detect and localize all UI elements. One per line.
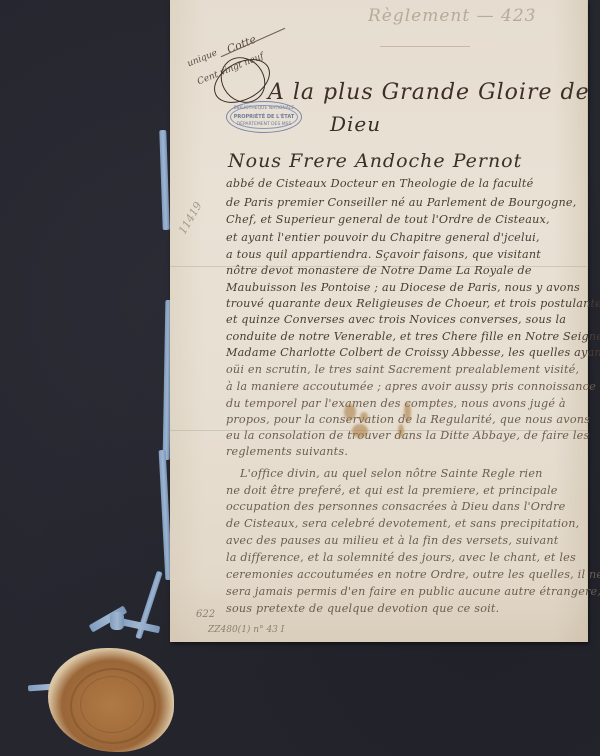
water-stain — [398, 424, 404, 438]
ribbon-bow-knot — [110, 612, 124, 630]
para2-line: sous pretexte de quelque devotion que ce… — [226, 602, 499, 615]
para1-line: eu la consolation de trouver dans la Dit… — [226, 429, 589, 442]
footer-note-1: 622 — [196, 609, 215, 620]
para1-line: reglements suivants. — [226, 445, 348, 458]
para2-line: la difference, et la solemnité des jours… — [226, 551, 576, 564]
para1-line: et ayant l'entier pouvoir du Chapitre ge… — [226, 231, 540, 244]
library-stamp: BIBLIOTHÈQUE NATIONALE PROPRIÉTÉ DE L'ÉT… — [226, 101, 302, 133]
opening-line: Nous Frere Andoche Pernot — [228, 150, 522, 172]
water-stain — [352, 424, 368, 438]
document-title-line-1: A la plus Grande Gloire de — [268, 80, 590, 105]
wax-seal-inner-ring — [80, 676, 144, 733]
para2-line: avec des pauses au milieu et à la fin de… — [226, 534, 558, 547]
footer-note-2: ZZ480(1) n° 43 I — [208, 625, 284, 635]
para2-line: de Cisteaux, sera celebré devotement, et… — [226, 517, 579, 530]
para2-line: sera jamais permis d'en faire en public … — [226, 585, 600, 598]
para2-line: L'office divin, au quel selon nôtre Sain… — [240, 467, 543, 480]
para1-line: du temporel par l'examen des comptes, no… — [226, 397, 566, 410]
para1-line: Madame Charlotte Colbert de Croissy Abbe… — [226, 346, 600, 359]
para1-line: conduite de notre Venerable, et tres Che… — [226, 330, 600, 343]
para1-line: oüi en scrutin, le tres saint Sacrement … — [226, 363, 579, 376]
para1-line: abbé de Cisteaux Docteur en Theologie de… — [226, 177, 533, 190]
water-stain — [404, 402, 411, 422]
document-title-line-2: Dieu — [330, 112, 381, 136]
para1-line: à la maniere accoutumée ; apres avoir au… — [226, 380, 596, 393]
pencil-header: Règlement — 423 — [368, 6, 536, 26]
water-stain — [360, 412, 368, 422]
stamp-border — [230, 105, 298, 129]
para1-line: nôtre devot monastere de Notre Dame La R… — [226, 264, 532, 277]
water-stain — [344, 404, 356, 420]
para2-line: ceremonies accoutumées en notre Ordre, o… — [226, 568, 600, 581]
para1-line: a tous quil appartiendra. Sçavoir faison… — [226, 248, 541, 261]
para2-line: ne doit être preferé, et qui est la prem… — [226, 484, 558, 497]
para1-line: de Paris premier Conseiller né au Parlem… — [226, 196, 576, 209]
pencil-underline — [380, 46, 470, 47]
para2-line: occupation des personnes consacrées à Di… — [226, 500, 565, 513]
para1-line: trouvé quarante deux Religieuses de Choe… — [226, 297, 600, 310]
para1-line: Maubuisson les Pontoise ; au Diocese de … — [226, 281, 580, 294]
para1-line: et quinze Converses avec trois Novices c… — [226, 313, 566, 326]
para1-line: Chef, et Superieur general de tout l'Ord… — [226, 213, 550, 226]
